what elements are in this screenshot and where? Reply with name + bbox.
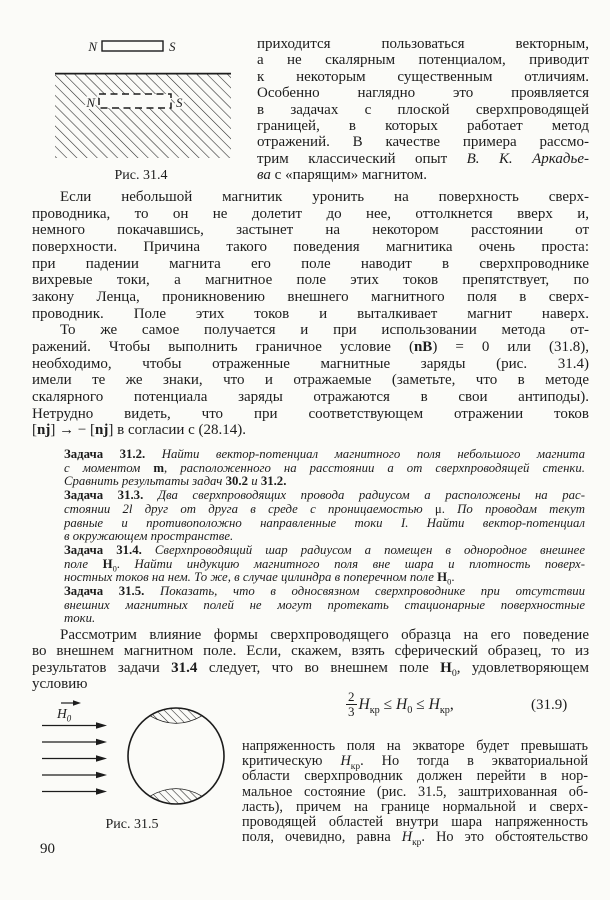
text-line: стоянии 2l друг от друга в среде с прони…	[64, 503, 585, 517]
figure-31-4-caption: Рис. 31.4	[100, 168, 182, 184]
bar-magnet: N S	[87, 39, 176, 54]
fraction-denominator: 3	[346, 704, 357, 719]
text-line: проводник. Поле этих токов и выталкивает…	[32, 306, 589, 323]
text-line: с моментом m, расположенного на расстоян…	[64, 462, 585, 476]
text-line: трим классический опыт В. К. Аркадье-	[257, 151, 589, 167]
text-line: вихревые токи, а магнитное поле этих ток…	[32, 272, 589, 289]
text-line: необходимо, чтобы отраженные магнитные з…	[32, 356, 589, 373]
text-line: напряженность поля на экваторе будет пре…	[242, 739, 588, 754]
mirror-magnet: N S	[85, 94, 183, 110]
field-arrows	[42, 726, 99, 792]
text-line: Особенно наглядно это проявляется	[257, 85, 589, 101]
text-line: критическую Hкр. Но тогда в экваториальн…	[242, 754, 588, 769]
field-arrowheads	[96, 722, 107, 794]
text-line: токи.	[64, 612, 585, 626]
formula-expression: Hкр ≤ H0 ≤ Hкр,	[359, 696, 454, 714]
text-line: при падении магнита его поле наводит в с…	[32, 256, 589, 273]
text-line: ражений. Чтобы выполнить граничное услов…	[32, 339, 589, 356]
text-line: равные и противоположно направленные ток…	[64, 517, 585, 531]
figure-31-4: N S N S	[50, 36, 236, 162]
text-line: Задача 31.5. Показать, что в односвязном…	[64, 585, 585, 599]
figure-31-5	[36, 696, 236, 812]
sphere-diagram	[128, 708, 224, 804]
normal-region-top	[150, 708, 202, 723]
text-line: границей, в которых работает метод	[257, 118, 589, 134]
transition-paragraph: Рассмотрим влияние формы сверхпроводящег…	[32, 627, 589, 692]
text-line: поля, очевидно, равна Hкр. Но это обстоя…	[242, 830, 588, 845]
fraction-numerator: 2	[346, 690, 357, 704]
text-line: отражений. В качестве примера рассмо-	[257, 134, 589, 150]
magnet-label-n: N	[87, 39, 98, 54]
text-line: в задачах с плоской сверхпроводящей	[257, 102, 589, 118]
mirror-label-s: S	[176, 95, 183, 110]
text-line: закону Ленца, проникновению внешнего маг…	[32, 289, 589, 306]
text-line: скалярного потенциала заряды отражаются …	[32, 389, 589, 406]
text-line: [nj] → − [nj] в согласии с (28.14).	[32, 422, 589, 439]
text-line: области сверхпроводник должен перейти в …	[242, 769, 588, 784]
book-page: N S N S Рис. 31.4 приходится пользоватьс…	[0, 0, 610, 900]
text-line: Задача 31.2. Найти вектор-потенциал магн…	[64, 448, 585, 462]
text-line: в окружающем пространстве.	[64, 530, 585, 544]
text-line: ва с «парящим» магнитом.	[257, 167, 589, 183]
text-line: приходится пользоваться векторным,	[257, 36, 589, 52]
superconductor-hatch	[55, 73, 231, 158]
outro-column: напряженность поля на экваторе будет пре…	[242, 739, 588, 845]
text-line: ностных токов на нем. То же, в случае ци…	[64, 571, 585, 585]
text-line: поле H0. Найти индукцию магнитного поля …	[64, 558, 585, 572]
text-line: мальное состояние (рис. 31.5, заштрихова…	[242, 785, 588, 800]
text-line: к некоторым существенным отличиям.	[257, 69, 589, 85]
page-number: 90	[40, 841, 55, 858]
mirror-label-n: N	[85, 95, 96, 110]
text-line: проводника, то он не долетит до нее, отт…	[32, 206, 589, 223]
text-line: условию	[32, 676, 589, 692]
fraction: 2 3	[346, 690, 357, 719]
formula-31-9: 2 3 Hкр ≤ H0 ≤ Hкр,	[346, 690, 454, 719]
text-line: Нетрудно видеть, что при соответствующем…	[32, 406, 589, 423]
text-line: результатов задачи 31.4 следует, что во …	[32, 660, 589, 676]
text-line: внешних магнитных полей не могут протека…	[64, 599, 585, 613]
text-line: поверхности. Причина такого поведения ма…	[32, 239, 589, 256]
text-line: Рассмотрим влияние формы сверхпроводящег…	[32, 627, 589, 643]
problems-block: Задача 31.2. Найти вектор-потенциал магн…	[64, 448, 585, 626]
text-line: Задача 31.3. Два сверхпроводящих провода…	[64, 489, 585, 503]
text-line: а не скалярным потенциалом, приводит	[257, 52, 589, 68]
text-line: немного покачавшись, застынет на некотор…	[32, 222, 589, 239]
body-text: Если небольшой магнитик уронить на повер…	[32, 189, 589, 439]
equation-number: (31.9)	[531, 697, 567, 714]
text-line: Если небольшой магнитик уронить на повер…	[32, 189, 589, 206]
text-line: Задача 31.4. Сверхпроводящий шар радиусо…	[64, 544, 585, 558]
text-line: Сравнить результаты задач 30.2 и 31.2.	[64, 475, 585, 489]
intro-column: приходится пользоваться векторным,а не с…	[257, 36, 589, 184]
figure-31-5-caption: Рис. 31.5	[96, 817, 168, 833]
text-line: То же самое получается и при использован…	[32, 322, 589, 339]
text-line: ласть), причем на границе нормальной и с…	[242, 800, 588, 815]
text-line: проводящей областей внутри шара напряжен…	[242, 815, 588, 830]
text-line: имели те же знаки, что и отражаемые (зам…	[32, 372, 589, 389]
normal-region-bottom	[150, 789, 202, 804]
text-line: во внешнем магнитном поле. Если, скажем,…	[32, 643, 589, 659]
magnet-label-s: S	[169, 39, 176, 54]
